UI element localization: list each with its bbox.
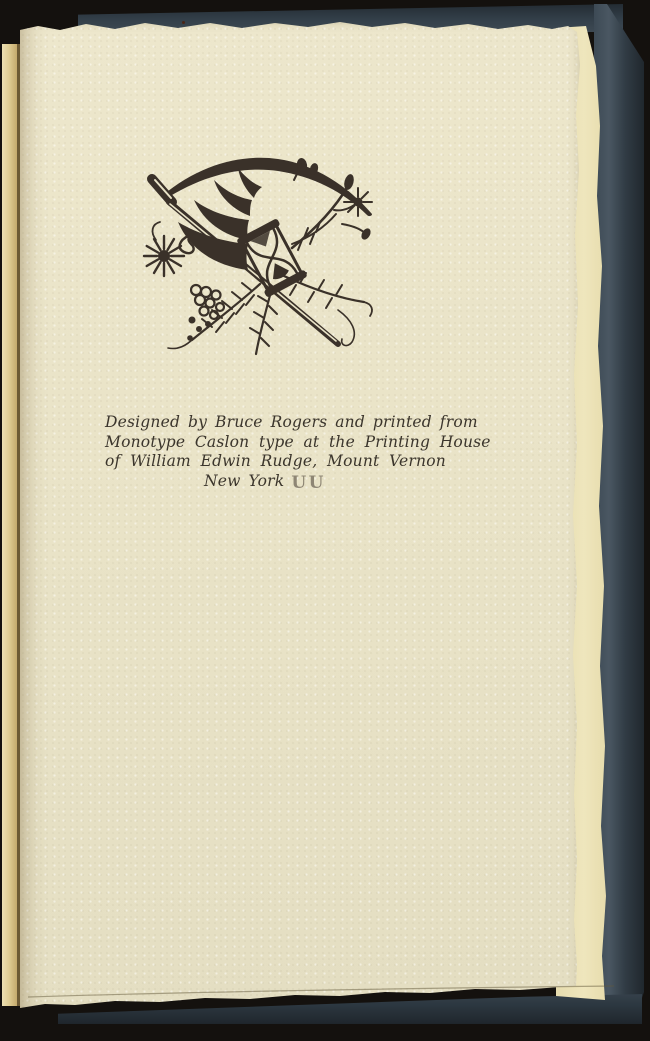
paper-speck xyxy=(122,444,124,446)
library-stamp: UU xyxy=(291,473,326,493)
colophon-text: Designed by Bruce Rogers and printed fro… xyxy=(105,413,425,491)
colophon-line-3: of William Edwin Rudge, Mount Vernon xyxy=(105,452,425,472)
colophon-line-2: Monotype Caslon type at the Printing Hou… xyxy=(105,433,425,453)
colophon-city: New York xyxy=(204,472,284,490)
winged-hourglass-scythe-icon xyxy=(142,152,378,364)
colophon-ornament-image xyxy=(142,152,378,364)
paper-speck xyxy=(182,21,185,24)
book-page: Designed by Bruce Rogers and printed fro… xyxy=(20,20,580,1010)
previous-page-gutter-edge xyxy=(2,44,20,1006)
colophon-line-1: Designed by Bruce Rogers and printed fro… xyxy=(105,413,425,433)
colophon-line-4: New YorkUU xyxy=(105,472,425,492)
